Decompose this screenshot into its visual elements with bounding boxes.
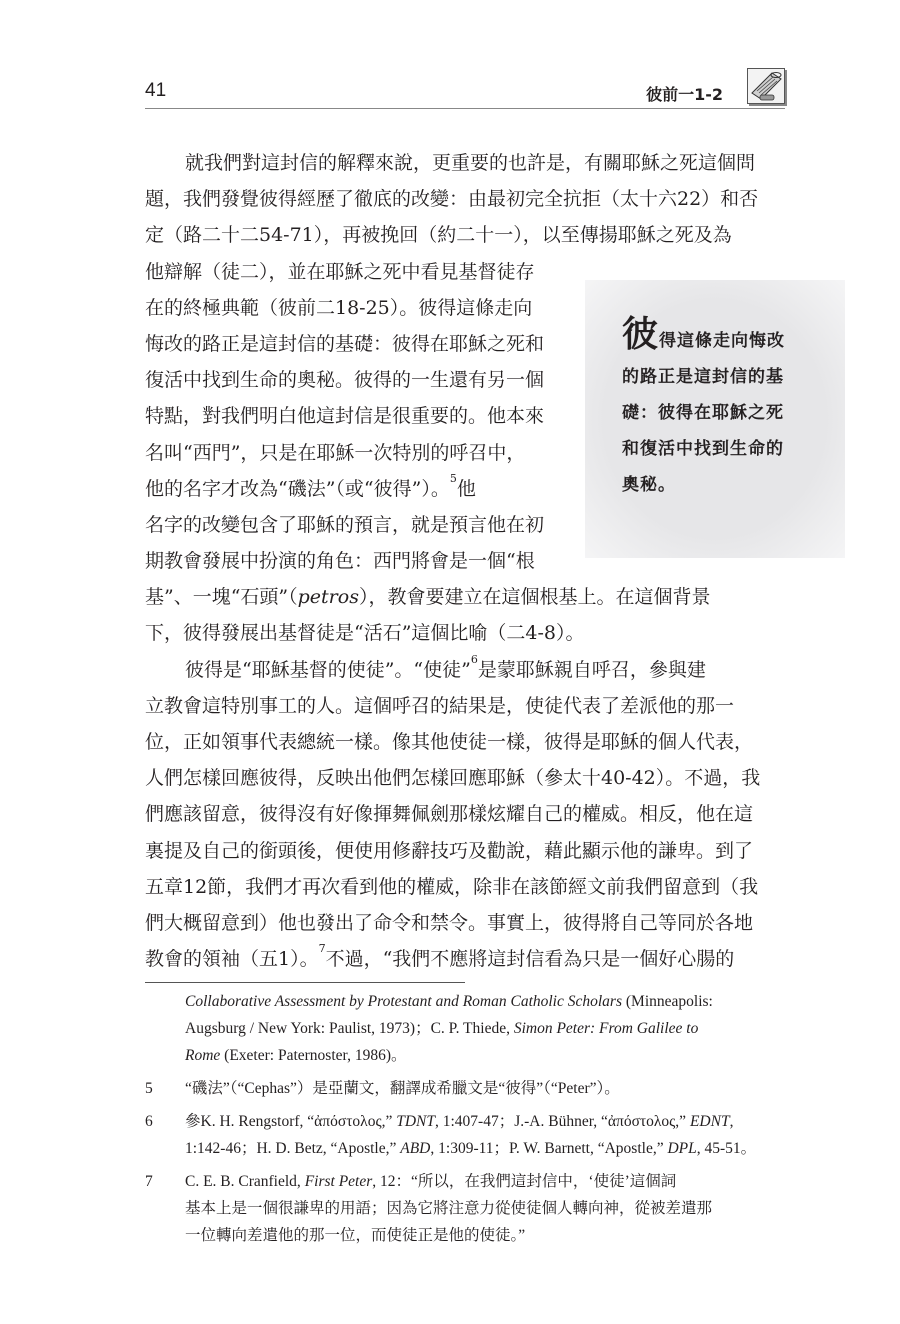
text-line: 他辯解（徒二），並在耶穌之死中看見基督徒存	[145, 254, 570, 290]
text-span: 基”、一塊“石頭”（	[145, 586, 298, 608]
abbrev: ABD	[400, 1140, 430, 1157]
text-span: 他的名字才改為“磯法”（或“彼得”）。	[145, 478, 450, 500]
text-span: 參K. H. Rengstorf, “ἀπόστολος,”	[185, 1113, 396, 1130]
text-span: 是蒙耶穌親自呼召，參與建	[478, 659, 706, 681]
pull-quote-line: 奧秘。	[622, 475, 676, 495]
footnote-rule	[145, 982, 465, 983]
scroll-icon	[747, 68, 785, 104]
page-header: 41 彼前一1-2	[145, 74, 785, 108]
book-title: First Peter	[305, 1173, 373, 1190]
main-text: 就我們對這封信的解釋來說，更重要的也許是，有關耶穌之死這個問 題，我們發覺彼得經…	[145, 145, 785, 977]
footnote-ref-5[interactable]: 5	[450, 472, 457, 485]
text-span: 他	[457, 478, 476, 500]
text-span: 彼得是“耶穌基督的使徒”。“使徒”	[185, 659, 471, 681]
drop-cap: 彼	[622, 314, 659, 355]
running-head: 彼前一1-2	[646, 82, 723, 105]
text-line: 定（路二十二54-71），再被挽回（約二十一），以至傳揚耶穌之死及為	[145, 217, 785, 253]
text-span: (Minneapolis:	[622, 993, 713, 1010]
footnote-number: 7	[145, 1168, 153, 1195]
text-line: 們應該留意，彼得沒有好像揮舞佩劍那樣炫耀自己的權威。相反，他在這	[145, 796, 785, 832]
text-line: 名叫“西門”，只是在耶穌一次特別的呼召中，	[145, 435, 570, 471]
text-line: 特點，對我們明白他這封信是很重要的。他本來	[145, 398, 570, 434]
footnote-number: 5	[145, 1075, 153, 1102]
text-line: 期教會發展中扮演的角色：西門將會是一個“根	[145, 543, 570, 579]
text-line: 在的終極典範（彼前二18-25）。彼得這條走向	[145, 290, 570, 326]
pull-quote-line: 的路正是這封信的基	[622, 367, 784, 387]
text-line: 立教會這特別事工的人。這個呼召的結果是，使徒代表了差派他的那一	[145, 688, 785, 724]
footnote-text: 基本上是一個很謙卑的用語；因為它將注意力從使徒個人轉向神，從被差遣那	[185, 1195, 785, 1222]
footnote-number: 6	[145, 1108, 153, 1135]
footnote-continued: Collaborative Assessment by Protestant a…	[145, 988, 785, 1069]
footnote-5: 5 “磯法”（“Cephas”）是亞蘭文，翻譯成希臘文是“彼得”（“Peter”…	[145, 1075, 785, 1102]
footnote-7: 7 C. E. B. Cranfield, First Peter, 12：“所…	[145, 1168, 785, 1249]
text-line: 五章12節，我們才再次看到他的權威，除非在該節經文前我們留意到（我	[145, 869, 785, 905]
abbrev: DPL	[667, 1140, 696, 1157]
book-title: Rome	[185, 1047, 220, 1064]
text-line: 題，我們發覺彼得經歷了徹底的改變：由最初完全抗拒（太十六22）和否	[145, 181, 785, 217]
pull-quote-line: 得這條走向悔改	[659, 331, 785, 351]
footnote-ref-6[interactable]: 6	[471, 653, 478, 666]
footnote-text: “磯法”（“Cephas”）是亞蘭文，翻譯成希臘文是“彼得”（“Peter”）。	[185, 1075, 785, 1102]
text-span: , 12：“所以，在我們這封信中，‘使徒’這個詞	[372, 1173, 676, 1190]
text-span: 教會的領袖（五1）。	[145, 948, 319, 970]
text-span: ），教會要建立在這個根基上。在這個背景	[359, 586, 711, 608]
text-line: 基”、一塊“石頭”（petros），教會要建立在這個根基上。在這個背景	[145, 579, 785, 615]
footnote-ref-7[interactable]: 7	[319, 942, 326, 955]
text-span: , 45-51。	[697, 1140, 756, 1157]
text-line: 就我們對這封信的解釋來說，更重要的也許是，有關耶穌之死這個問	[145, 145, 785, 181]
pull-quote-text: 彼得這條走向悔改 的路正是這封信的基 礎：彼得在耶穌之死 和復活中找到生命的 奧…	[622, 320, 812, 503]
book-title: Simon Peter: From Galilee to	[514, 1020, 699, 1037]
text-line: 裏提及自己的銜頭後，便使用修辭技巧及勸說，藉此顯示他的謙卑。到了	[145, 833, 785, 869]
text-line: 彼得是“耶穌基督的使徒”。“使徒”6是蒙耶穌親自呼召，參與建	[145, 652, 785, 688]
book-title: Collaborative Assessment by Protestant a…	[185, 993, 622, 1010]
footnote-text: 一位轉向差遣他的那一位，而使徒正是他的使徒。”	[185, 1222, 785, 1249]
text-span: , 1:309-11；P. W. Barnett, “Apostle,”	[430, 1140, 667, 1157]
page-number: 41	[145, 80, 166, 102]
text-line: 教會的領袖（五1）。7不過，“我們不應將這封信看為只是一個好心腸的	[145, 941, 785, 977]
italic-term: petros	[298, 586, 359, 608]
text-line: 名字的改變包含了耶穌的預言，就是預言他在初	[145, 507, 570, 543]
text-span: 1:142-46；H. D. Betz, “Apostle,”	[185, 1140, 400, 1157]
pull-quote: 彼得這條走向悔改 的路正是這封信的基 礎：彼得在耶穌之死 和復活中找到生命的 奧…	[585, 280, 845, 558]
text-span: ,	[730, 1113, 734, 1130]
header-rule	[145, 108, 785, 109]
text-span: Augsburg / New York: Paulist, 1973)；C. P…	[185, 1020, 514, 1037]
footnotes: Collaborative Assessment by Protestant a…	[145, 988, 785, 1249]
text-line: 位，正如領事代表總統一樣。像其他使徒一樣，彼得是耶穌的個人代表，	[145, 724, 785, 760]
text-span: 不過，“我們不應將這封信看為只是一個好心腸的	[326, 948, 735, 970]
text-line: 下，彼得發展出基督徒是“活石”這個比喻（二4-8）。	[145, 615, 785, 651]
text-line: 悔改的路正是這封信的基礎：彼得在耶穌之死和	[145, 326, 570, 362]
abbrev: EDNT	[690, 1113, 730, 1130]
text-span: (Exeter: Paternoster, 1986)。	[220, 1047, 406, 1064]
paragraph-2: 彼得是“耶穌基督的使徒”。“使徒”6是蒙耶穌親自呼召，參與建 立教會這特別事工的…	[145, 652, 785, 978]
footnote-6: 6 參K. H. Rengstorf, “ἀπόστολος,” TDNT, 1…	[145, 1108, 785, 1162]
text-line: 復活中找到生命的奧秘。彼得的一生還有另一個	[145, 362, 570, 398]
text-line: 人們怎樣回應彼得，反映出他們怎樣回應耶穌（參太十40-42）。不過，我	[145, 760, 785, 796]
text-line: 他的名字才改為“磯法”（或“彼得”）。5他	[145, 471, 570, 507]
pull-quote-line: 礎：彼得在耶穌之死	[622, 403, 784, 423]
text-span: C. E. B. Cranfield,	[185, 1173, 305, 1190]
text-line: 們大概留意到）他也發出了命令和禁令。事實上，彼得將自己等同於各地	[145, 905, 785, 941]
abbrev: TDNT	[396, 1113, 435, 1130]
pull-quote-line: 和復活中找到生命的	[622, 439, 784, 459]
text-span: , 1:407-47；J.-A. Bühner, “ἀπόστολος,”	[435, 1113, 690, 1130]
